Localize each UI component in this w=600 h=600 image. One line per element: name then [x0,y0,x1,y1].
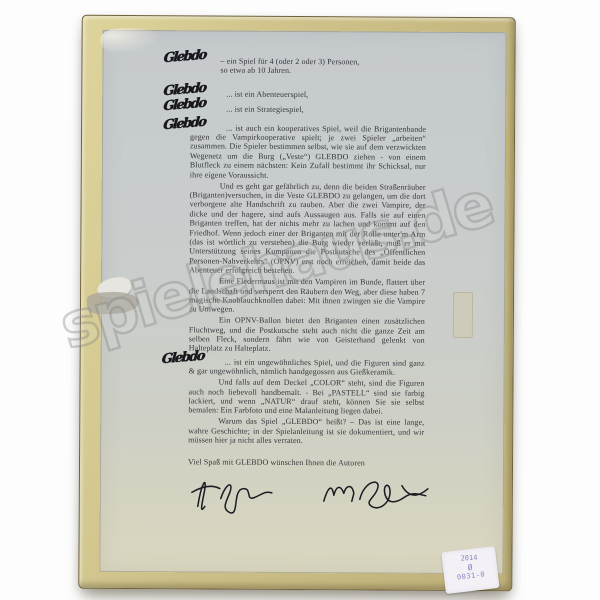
edge-damage [87,276,153,320]
box-label: Glebdo – ein Spiel für 4 (oder 2 oder 3)… [99,30,506,574]
text-column: Glebdo – ein Spiel für 4 (oder 2 oder 3)… [188,56,427,517]
game-box-back: Glebdo – ein Spiel für 4 (oder 2 oder 3)… [78,15,515,592]
glebdo-entry-players: Glebdo – ein Spiel für 4 (oder 2 oder 3)… [190,56,426,76]
glebdo-entry-cooperative: Glebdo ... ist auch ein kooperatives Spi… [190,123,426,181]
glebdo-entry-strategy: Glebdo ... ist ein Strategiespiel, [190,105,426,116]
glebdo-logo-icon: Glebdo [163,99,206,112]
author-signature-1-icon [192,482,272,513]
photo-background: Glebdo – ein Spiel für 4 (oder 2 oder 3)… [0,0,600,600]
author-signature-2-icon [324,482,428,508]
entry-text: ... ist ein Strategiespiel, [190,105,426,116]
paragraph-name-origin: Warum das Spiel „GLEBDO“ heißt? – Das is… [188,417,424,447]
closing-line: Viel Spaß mit GLEBDO wünschen Ihnen die … [188,457,424,468]
entry-text: ... ist auch ein kooperatives Spiel, wei… [190,123,426,181]
entry-text: – ein Spiel für 4 (oder 2 oder 3) Person… [190,56,426,76]
author-signatures [188,468,438,518]
price-sticker: 2014 Ø 0031-0 [441,546,500,594]
glebdo-logo-icon: Glebdo [161,351,204,364]
paragraph-bat: Eine Fledermaus ist mit den Vampiren im … [189,276,425,315]
paragraph-variants: Und falls auf dem Deckel „COLOR“ steht, … [188,378,424,417]
corner-wear-mark [101,28,161,54]
glebdo-logo-icon: Glebdo [163,83,206,96]
glebdo-entry-figures: Glebdo ... ist ein ungewöhnliches Spiel,… [189,357,425,377]
glebdo-entry-adventure: Glebdo ... ist ein Abenteuerspiel, [190,89,426,100]
glebdo-logo-icon: Glebdo [163,51,206,64]
glebdo-logo-icon: Glebdo [163,117,206,130]
entry-text: ... ist ein Abenteuerspiel, [190,89,426,100]
tape-repair [453,292,473,338]
paragraph-balloon: Ein OPNV-Ballon bietet den Briganten ein… [189,316,425,355]
entry-text: ... ist ein ungewöhnliches Spiel, und di… [189,357,425,377]
paragraph-story: Und es geht gar gefährlich zu, denn die … [189,181,426,277]
